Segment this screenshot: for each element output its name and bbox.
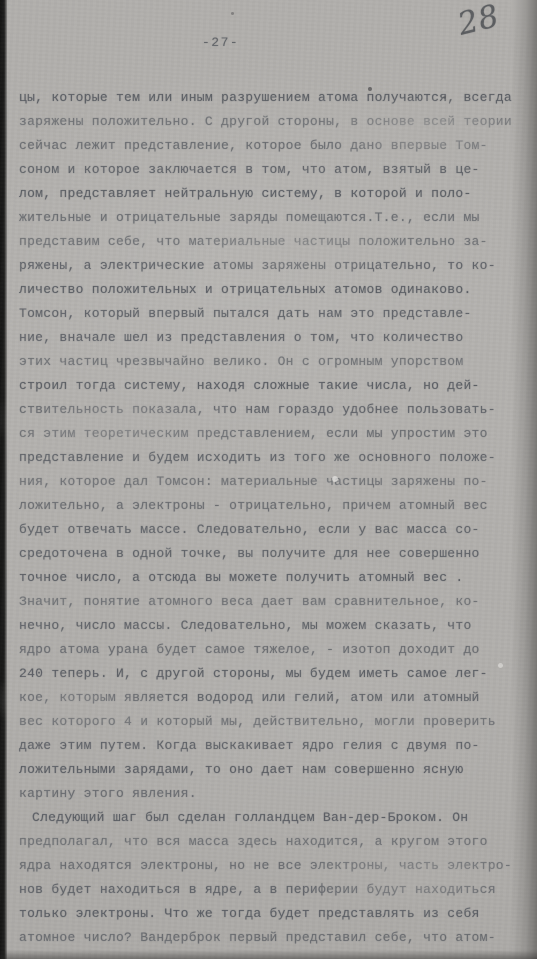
paragraph: Следующий шаг был сделан голландцем Ван-… <box>19 806 524 950</box>
text-line: представление и будем исходить из того ж… <box>19 446 524 470</box>
text-line: предполагал, что вся масса здесь находит… <box>19 830 524 854</box>
text-line: ся этим теоретическим представлением, ес… <box>19 422 524 446</box>
text-line: атомное число? Вандерброк первый предста… <box>19 926 524 950</box>
text-line: строил тогда систему, находя сложные так… <box>19 374 524 398</box>
text-line: средоточена в одной точке, вы получите д… <box>19 542 524 566</box>
scan-left-edge <box>0 0 7 959</box>
text-line: 240 теперь. И, с другой стороны, мы буде… <box>19 662 524 686</box>
text-line: ствительность показала, что нам гораздо … <box>19 398 524 422</box>
text-line: заряжены положительно. С другой стороны,… <box>19 110 524 134</box>
text-line: представим себе, что материальные частиц… <box>19 230 524 254</box>
text-line: этих частиц чрезвычайно велико. Он с огр… <box>19 350 524 374</box>
text-line: ния, которое дал Томсон: материальные ча… <box>19 470 524 494</box>
scan-right-edge-shadow <box>511 0 537 959</box>
text-line: ядро атома урана будет самое тяжелое, - … <box>19 638 524 662</box>
text-line: ряжены, а электрические атомы заряжены о… <box>19 254 524 278</box>
typescript-body: цы, которые тем или иным разрушением ато… <box>19 86 524 950</box>
typed-page-number: -27- <box>202 35 239 50</box>
text-line: цы, которые тем или иным разрушением ато… <box>19 86 524 110</box>
text-line: Томсон, который впервый пытался дать нам… <box>19 302 524 326</box>
text-line: точное число, а отсюда вы можете получит… <box>19 566 524 590</box>
text-line: будет отвечать массе. Следовательно, есл… <box>19 518 524 542</box>
text-line: ние, вначале шел из представления о том,… <box>19 326 524 350</box>
text-line: ложительными зарядами, то оно дает нам с… <box>19 758 524 782</box>
scanned-typescript-page: 28 -27- цы, которые тем или иным разруше… <box>0 0 537 959</box>
text-line: ложительно, а электроны - отрицательно, … <box>19 494 524 518</box>
text-line: ядра находятся электроны, но не все элек… <box>19 854 524 878</box>
text-line: нов будет находиться в ядре, а в перифер… <box>19 878 524 902</box>
paragraph: цы, которые тем или иным разрушением ато… <box>19 86 524 806</box>
text-line: жительные и отрицательные заряды помещаю… <box>19 206 524 230</box>
text-line: нечно, число массы. Следовательно, мы мо… <box>19 614 524 638</box>
text-line: Следующий шаг был сделан голландцем Ван-… <box>19 806 524 830</box>
ink-speck <box>231 12 234 15</box>
scan-bottom-edge-shadow <box>0 950 537 959</box>
text-line: только электроны. Что же тогда будет пре… <box>19 902 524 926</box>
text-line: вес которого 4 и который мы, действитель… <box>19 710 524 734</box>
text-line: кое, которым является водород или гелий,… <box>19 686 524 710</box>
text-line: даже этим путем. Когда выскакивает ядро … <box>19 734 524 758</box>
text-line: картину этого явления. <box>19 782 524 806</box>
text-line: лом, представляет нейтральную систему, в… <box>19 182 524 206</box>
text-line: сейчас лежит представление, которое было… <box>19 134 524 158</box>
text-line: личество положительных и отрицательных а… <box>19 278 524 302</box>
text-line: Значит, понятие атомного веса дает вам с… <box>19 590 524 614</box>
text-line: соном и которое заключается в том, что а… <box>19 158 524 182</box>
